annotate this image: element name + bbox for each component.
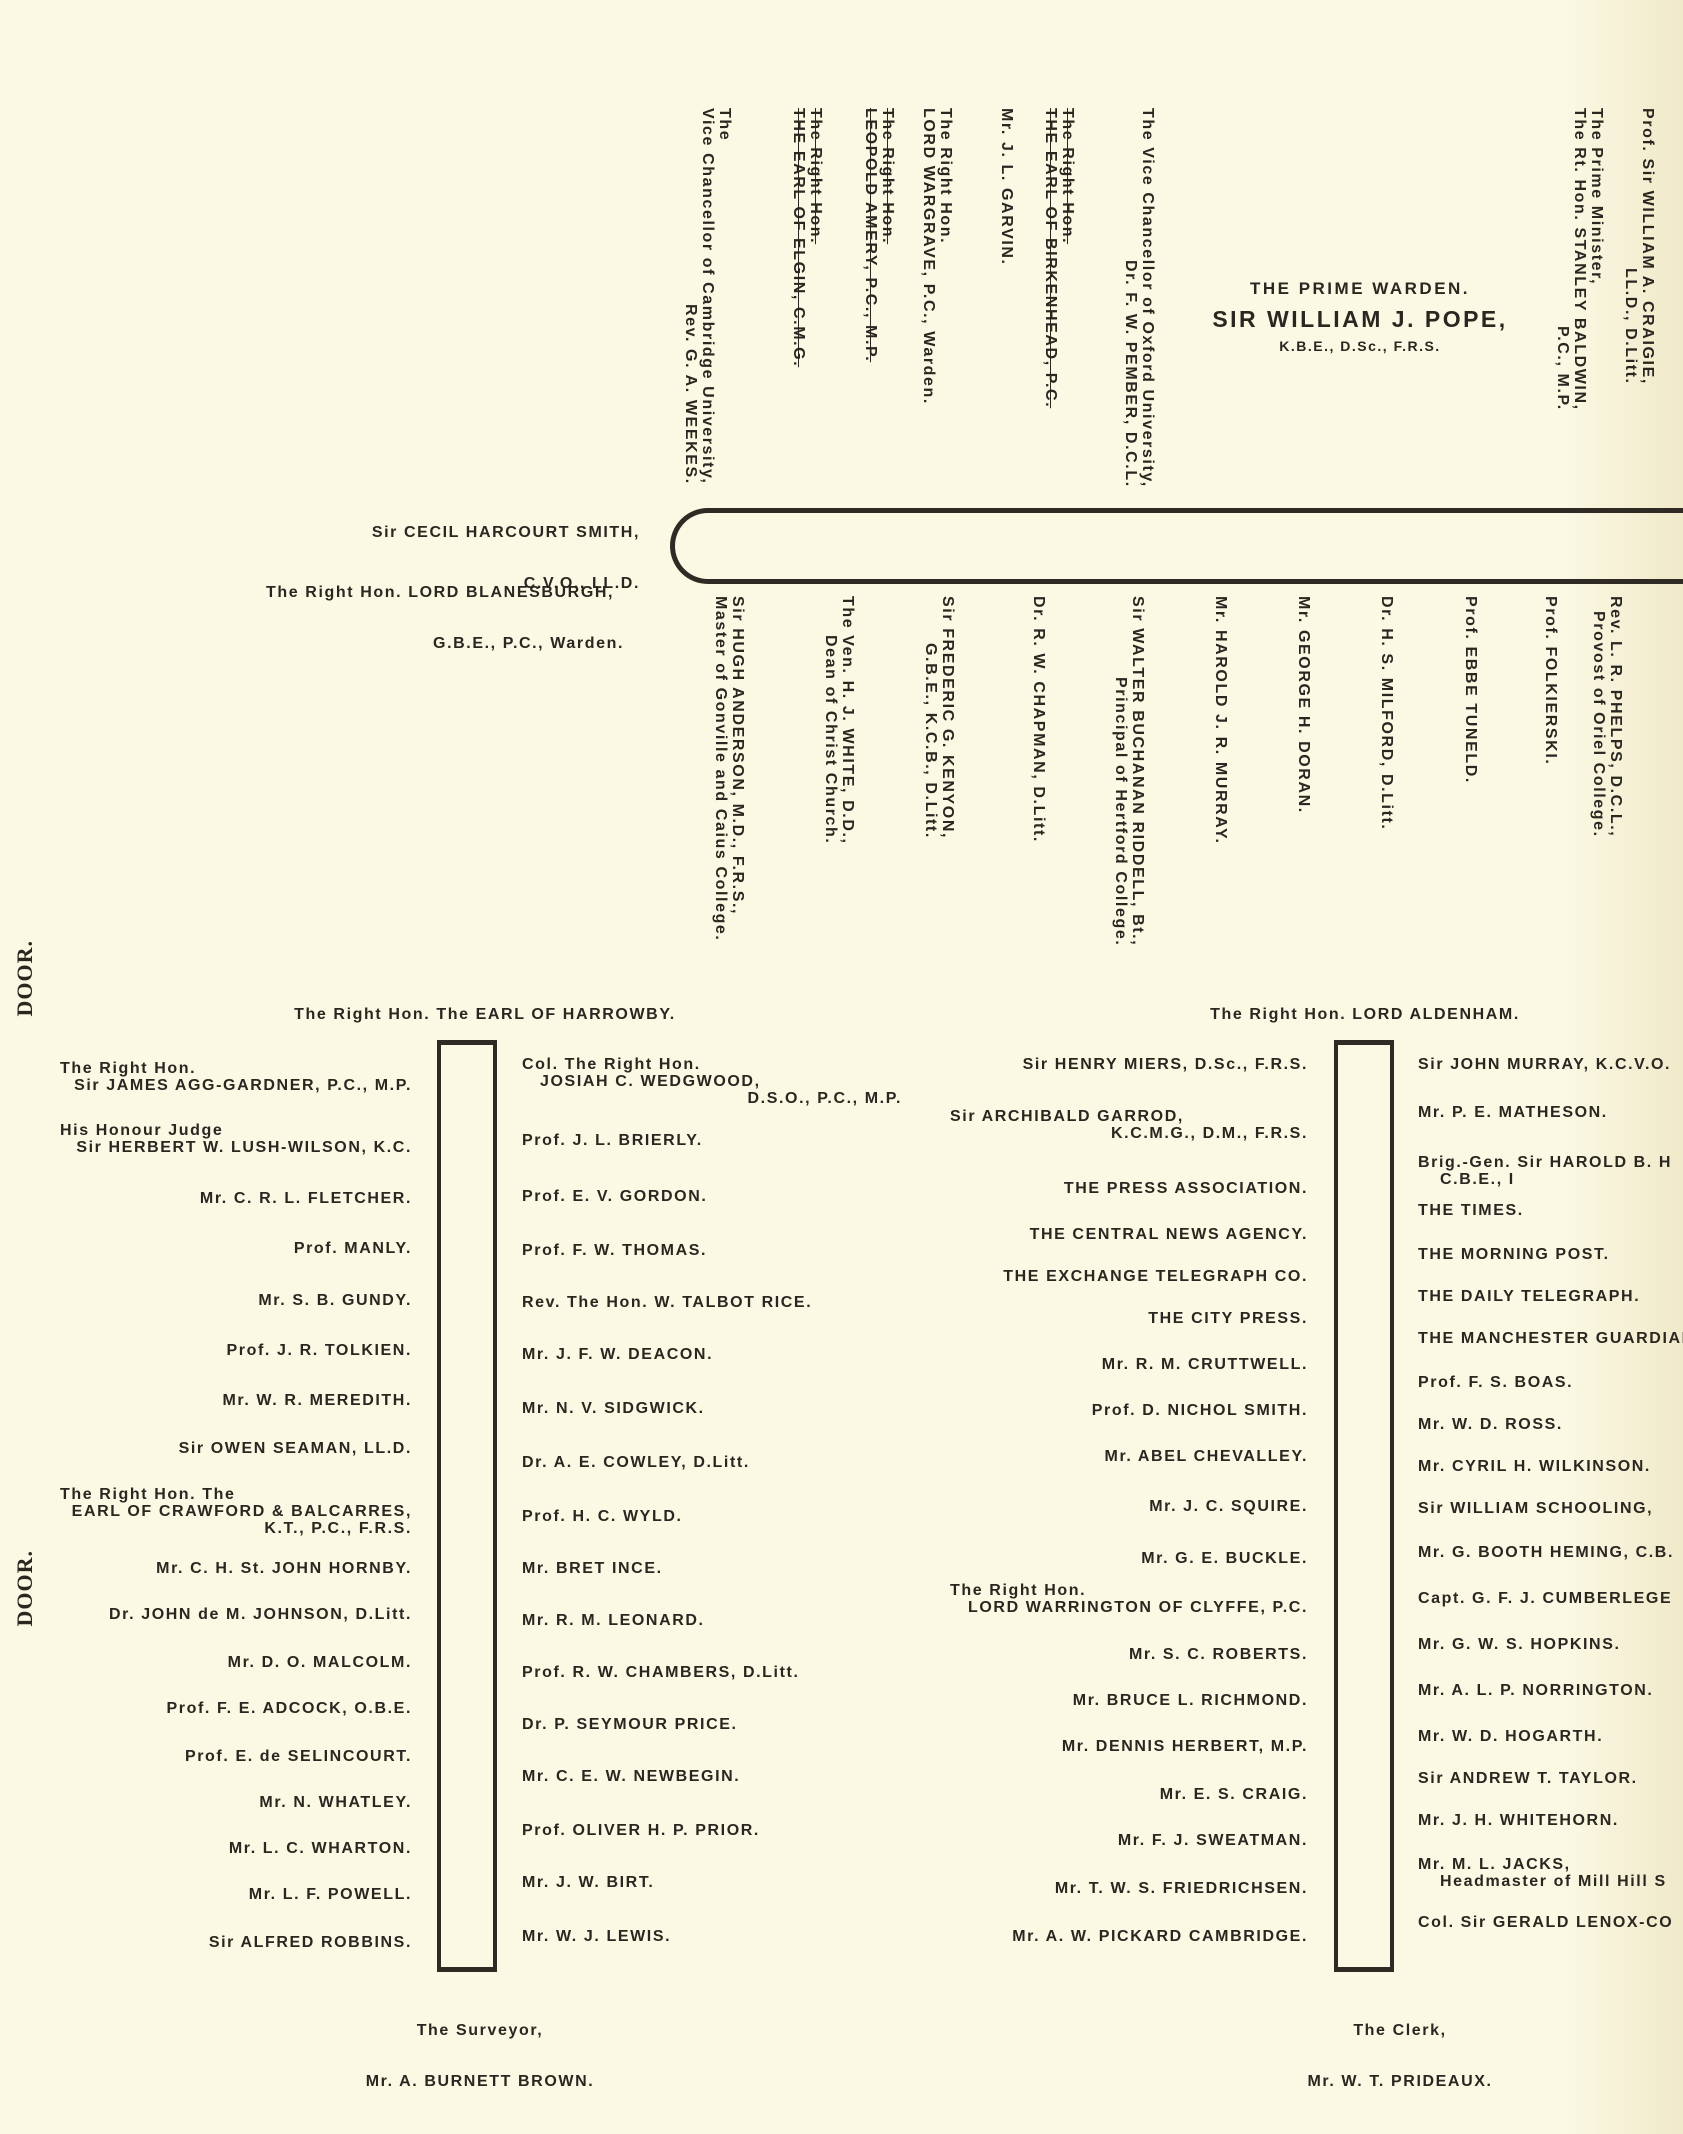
seat-name-line: Mr. E. S. CRAIG.: [910, 1786, 1308, 1803]
seat-entry: Mr. C. H. St. JOHN HORNBY.: [20, 1560, 412, 1577]
seat-name-line: The Prime Minister,: [1588, 108, 1605, 411]
lower-seat-entry: Sir WALTER BUCHANAN RIDDELL, Bt.,Princip…: [1112, 596, 1146, 946]
seat-name-line: The Right Hon.: [910, 1582, 1308, 1599]
seat-entry: Mr. S. C. ROBERTS.: [910, 1646, 1308, 1663]
seat-name-line: Headmaster of Mill Hill S: [1418, 1873, 1683, 1890]
seat-entry: Prof. F. E. ADCOCK, O.B.E.: [20, 1700, 412, 1717]
seat-entry: Mr. P. E. MATHESON.: [1418, 1104, 1683, 1121]
seat-name-line: Sir WILLIAM SCHOOLING,: [1418, 1500, 1683, 1517]
upper-seat-entry: The Right Hon.THE EARL OF BIRKENHEAD, P.…: [1042, 108, 1076, 408]
seat-name-line: THE PRESS ASSOCIATION.: [910, 1180, 1308, 1197]
seat-entry: Mr. N. V. SIDGWICK.: [522, 1400, 902, 1417]
seat-name-line: LORD WARRINGTON OF CLYFFE, P.C.: [910, 1599, 1308, 1616]
seat-name-line: Mr. GEORGE H. DORAN.: [1295, 596, 1312, 814]
seat-entry: Prof. H. C. WYLD.: [522, 1508, 902, 1525]
seat-name-line: Mr. L. F. POWELL.: [20, 1886, 412, 1903]
seat-name-line: Sir OWEN SEAMAN, LL.D.: [20, 1440, 412, 1457]
seat-name-line: Provost of Oriel College.: [1590, 596, 1607, 837]
seat-name-line: Mr. C. R. L. FLETCHER.: [20, 1190, 412, 1207]
seat-entry: Mr. C. R. L. FLETCHER.: [20, 1190, 412, 1207]
seat-name-line: Prof. F. E. ADCOCK, O.B.E.: [20, 1700, 412, 1717]
seat-name-line: Sir FREDERIC G. KENYON,: [939, 596, 956, 839]
seat-entry: Sir ANDREW T. TAYLOR.: [1418, 1770, 1683, 1787]
seat-name-line: D.S.O., P.C., M.P.: [522, 1090, 902, 1107]
seat-name-line: LEOPOLD AMERY, P.C., M.P.: [862, 108, 879, 362]
seat-entry: Sir ALFRED ROBBINS.: [20, 1934, 412, 1951]
seat-entry: Mr. L. F. POWELL.: [20, 1886, 412, 1903]
seat-entry: Sir ARCHIBALD GARROD,K.C.M.G., D.M., F.R…: [910, 1108, 1308, 1142]
left-table-head: The Right Hon. The EARL OF HARROWBY.: [250, 1006, 720, 1023]
seat-name-line: Prof. E. V. GORDON.: [522, 1188, 902, 1205]
seat-entry: His Honour JudgeSir HERBERT W. LUSH-WILS…: [20, 1122, 412, 1156]
seat-entry: Prof. OLIVER H. P. PRIOR.: [522, 1822, 902, 1839]
seat-name-line: Dr. R. W. CHAPMAN, D.Litt.: [1030, 596, 1047, 843]
left-table-foot: The Surveyor, Mr. A. BURNETT BROWN.: [270, 1988, 690, 2107]
seat-name-line: Mr. N. WHATLEY.: [20, 1794, 412, 1811]
seat-name-line: Dr. A. E. COWLEY, D.Litt.: [522, 1454, 902, 1471]
seat-name-line: Sir HENRY MIERS, D.Sc., F.R.S.: [910, 1056, 1308, 1073]
seat-name-line: Sir WALTER BUCHANAN RIDDELL, Bt.,: [1129, 596, 1146, 946]
seat-name-line: Mr. P. E. MATHESON.: [1418, 1104, 1683, 1121]
lower-seat-entry: Mr. HAROLD J. R. MURRAY.: [1212, 596, 1229, 845]
seat-name-line: K.C.M.G., D.M., F.R.S.: [910, 1125, 1308, 1142]
seat-entry: Mr. W. J. LEWIS.: [522, 1928, 902, 1945]
seat-name-line: Rev. L. R. PHELPS, D.C.L.,: [1607, 596, 1624, 837]
seat-entry: Prof. MANLY.: [20, 1240, 412, 1257]
seat-entry: The Right Hon.LORD WARRINGTON OF CLYFFE,…: [910, 1582, 1308, 1616]
seat-entry: Mr. L. C. WHARTON.: [20, 1840, 412, 1857]
seat-entry: Col. The Right Hon.JOSIAH C. WEDGWOOD,D.…: [522, 1056, 902, 1107]
right-table: [1334, 1040, 1394, 1972]
seat-name-line: THE CENTRAL NEWS AGENCY.: [910, 1226, 1308, 1243]
upper-seat-entry: The Right Hon.LEOPOLD AMERY, P.C., M.P.: [862, 108, 896, 362]
seat-name-line: THE CITY PRESS.: [910, 1310, 1308, 1327]
lower-seat-entry: Dr. H. S. MILFORD, D.Litt.: [1378, 596, 1395, 830]
seat-entry: Mr. R. M. LEONARD.: [522, 1612, 902, 1629]
seat-name-line: Prof. EBBE TUNELD.: [1462, 596, 1479, 784]
seat-entry: Mr. W. R. MEREDITH.: [20, 1392, 412, 1409]
seat-entry: Mr. G. BOOTH HEMING, C.B.: [1418, 1544, 1683, 1561]
seat-entry: Prof. E. de SELINCOURT.: [20, 1748, 412, 1765]
seat-entry: THE DAILY TELEGRAPH.: [1418, 1288, 1683, 1305]
seat-name-line: Brig.-Gen. Sir HAROLD B. H: [1418, 1154, 1683, 1171]
seat-name-line: Sir ALFRED ROBBINS.: [20, 1934, 412, 1951]
seat-name-line: THE MORNING POST.: [1418, 1246, 1683, 1263]
seat-name-line: THE EARL OF ELGIN, C.M.G.: [790, 108, 807, 367]
upper-seat-entry: The Right Hon.THE EARL OF ELGIN, C.M.G.: [790, 108, 824, 367]
seat-entry: THE MANCHESTER GUARDIAN: [1418, 1330, 1683, 1347]
seat-name-line: The Ven. H. J. WHITE, D.D.,: [839, 596, 856, 845]
seat-name-line: Dean of Christ Church.: [822, 596, 839, 845]
seat-name-line: Mr. A. L. P. NORRINGTON.: [1418, 1682, 1683, 1699]
seat-entry: Mr. F. J. SWEATMAN.: [910, 1832, 1308, 1849]
seat-entry: Mr. W. D. HOGARTH.: [1418, 1728, 1683, 1745]
seat-name-line: The: [716, 108, 733, 484]
seat-entry: THE CENTRAL NEWS AGENCY.: [910, 1226, 1308, 1243]
seat-name-line: Prof. E. de SELINCOURT.: [20, 1748, 412, 1765]
seat-entry: Mr. J. C. SQUIRE.: [910, 1498, 1308, 1515]
seat-entry: THE TIMES.: [1418, 1202, 1683, 1219]
seat-name-line: Mr. C. H. St. JOHN HORNBY.: [20, 1560, 412, 1577]
seat-name-line: THE EXCHANGE TELEGRAPH CO.: [910, 1268, 1308, 1285]
seat-entry: Mr. BRET INCE.: [522, 1560, 902, 1577]
seat-name-line: THE DAILY TELEGRAPH.: [1418, 1288, 1683, 1305]
seat-name-line: THE TIMES.: [1418, 1202, 1683, 1219]
seat-name-line: Rev. The Hon. W. TALBOT RICE.: [522, 1294, 902, 1311]
seat-name-line: P.C., M.P.: [1554, 108, 1571, 411]
seat-name-line: G.B.E., K.C.B., D.Litt.: [922, 596, 939, 839]
seat-name-line: Dr. P. SEYMOUR PRICE.: [522, 1716, 902, 1733]
seat-entry: Mr. BRUCE L. RICHMOND.: [910, 1692, 1308, 1709]
seat-name-line: Sir HERBERT W. LUSH-WILSON, K.C.: [20, 1139, 412, 1156]
seat-name-line: Mr. W. D. HOGARTH.: [1418, 1728, 1683, 1745]
seat-name-line: Dr. H. S. MILFORD, D.Litt.: [1378, 596, 1395, 830]
seat-name-line: Mr. D. O. MALCOLM.: [20, 1654, 412, 1671]
upper-seat-entry: Prof. Sir WILLIAM A. CRAIGIE,LL.D., D.Li…: [1622, 108, 1656, 385]
seat-entry: THE EXCHANGE TELEGRAPH CO.: [910, 1268, 1308, 1285]
lower-seat-entry: Prof. FOLKIERSKI.: [1542, 596, 1559, 765]
seat-name-line: Prof. OLIVER H. P. PRIOR.: [522, 1822, 902, 1839]
lower-seat-entry: Prof. EBBE TUNELD.: [1462, 596, 1479, 784]
seat-entry: Col. Sir GERALD LENOX-CO: [1418, 1914, 1683, 1931]
seat-name-line: JOSIAH C. WEDGWOOD,: [522, 1073, 902, 1090]
lower-seat-entry: The Ven. H. J. WHITE, D.D.,Dean of Chris…: [822, 596, 856, 845]
seat-entry: Dr. JOHN de M. JOHNSON, D.Litt.: [20, 1606, 412, 1623]
seat-name-line: LORD WARGRAVE, P.C., Warden.: [920, 108, 937, 405]
seat-name-line: Mr. W. R. MEREDITH.: [20, 1392, 412, 1409]
seat-name-line: His Honour Judge: [20, 1122, 412, 1139]
seat-name-line: Mr. G. E. BUCKLE.: [910, 1550, 1308, 1567]
seat-entry: Prof. E. V. GORDON.: [522, 1188, 902, 1205]
lower-seat-entry: Sir HUGH ANDERSON, M.D., F.R.S.,Master o…: [712, 596, 746, 941]
seat-entry: Mr. J. F. W. DEACON.: [522, 1346, 902, 1363]
upper-seat-entry: Mr. J. L. GARVIN.: [998, 108, 1015, 266]
seat-entry: Sir WILLIAM SCHOOLING,: [1418, 1500, 1683, 1517]
seat-name-line: The Vice Chancellor of Oxford University…: [1139, 108, 1156, 488]
seat-name-line: Mr. A. W. PICKARD CAMBRIDGE.: [910, 1928, 1308, 1945]
seat-entry: Prof. F. W. THOMAS.: [522, 1242, 902, 1259]
seat-entry: The Right Hon.Sir JAMES AGG-GARDNER, P.C…: [20, 1060, 412, 1094]
seat-name-line: Master of Gonville and Caius College.: [712, 596, 729, 941]
seat-name-line: Sir ARCHIBALD GARROD,: [910, 1108, 1308, 1125]
seat-entry: Sir OWEN SEAMAN, LL.D.: [20, 1440, 412, 1457]
seat-name-line: The Right Hon.: [879, 108, 896, 362]
seat-entry: Mr. W. D. ROSS.: [1418, 1416, 1683, 1433]
seat-name-line: THE EARL OF BIRKENHEAD, P.C.: [1042, 108, 1059, 408]
seat-entry: Sir JOHN MURRAY, K.C.V.O.: [1418, 1056, 1683, 1073]
seat-name-line: Mr. ABEL CHEVALLEY.: [910, 1448, 1308, 1465]
seat-name-line: Sir JOHN MURRAY, K.C.V.O.: [1418, 1056, 1683, 1073]
seat-entry: Prof. D. NICHOL SMITH.: [910, 1402, 1308, 1419]
seat-name-line: Principal of Hertford College.: [1112, 596, 1129, 946]
seat-name-line: Mr. S. B. GUNDY.: [20, 1292, 412, 1309]
seat-entry: Mr. E. S. CRAIG.: [910, 1786, 1308, 1803]
seat-name-line: Capt. G. F. J. CUMBERLEGE: [1418, 1590, 1683, 1607]
seat-name-line: Mr. J. W. BIRT.: [522, 1874, 902, 1891]
seat-entry: Rev. The Hon. W. TALBOT RICE.: [522, 1294, 902, 1311]
seat-name-line: Mr. J. L. GARVIN.: [998, 108, 1015, 266]
seat-name-line: Mr. BRET INCE.: [522, 1560, 902, 1577]
seat-entry: Mr. N. WHATLEY.: [20, 1794, 412, 1811]
seat-name-line: Mr. J. C. SQUIRE.: [910, 1498, 1308, 1515]
seat-entry: Dr. A. E. COWLEY, D.Litt.: [522, 1454, 902, 1471]
seat-name-line: Mr. C. E. W. NEWBEGIN.: [522, 1768, 902, 1785]
seat-name-line: C.B.E., I: [1418, 1171, 1683, 1188]
lower-seat-entry: Dr. R. W. CHAPMAN, D.Litt.: [1030, 596, 1047, 843]
seat-entry: Sir HENRY MIERS, D.Sc., F.R.S.: [910, 1056, 1308, 1073]
seat-name-line: The Right Hon.: [1059, 108, 1076, 408]
seat-name-line: The Rt. Hon. STANLEY BALDWIN,: [1571, 108, 1588, 411]
seat-name-line: Prof. Sir WILLIAM A. CRAIGIE,: [1639, 108, 1656, 385]
seat-entry: Mr. C. E. W. NEWBEGIN.: [522, 1768, 902, 1785]
seat-entry: Capt. G. F. J. CUMBERLEGE: [1418, 1590, 1683, 1607]
seat-name-line: Mr. W. D. ROSS.: [1418, 1416, 1683, 1433]
seat-name-line: Col. The Right Hon.: [522, 1056, 902, 1073]
seat-entry: Brig.-Gen. Sir HAROLD B. HC.B.E., I: [1418, 1154, 1683, 1188]
seat-name-line: Prof. J. L. BRIERLY.: [522, 1132, 902, 1149]
seat-name-line: Mr. F. J. SWEATMAN.: [910, 1832, 1308, 1849]
seat-entry: Mr. A. L. P. NORRINGTON.: [1418, 1682, 1683, 1699]
upper-seat-entry: The Right Hon.LORD WARGRAVE, P.C., Warde…: [920, 108, 954, 405]
seat-name-line: Mr. HAROLD J. R. MURRAY.: [1212, 596, 1229, 845]
seat-name-line: Prof. R. W. CHAMBERS, D.Litt.: [522, 1664, 902, 1681]
prime-warden-honours: K.B.E., D.Sc., F.R.S.: [1180, 338, 1540, 355]
seat-entry: Prof. F. S. BOAS.: [1418, 1374, 1683, 1391]
upper-seat-entry: TheVice Chancellor of Cambridge Universi…: [682, 108, 733, 484]
seat-name-line: THE MANCHESTER GUARDIAN: [1418, 1330, 1683, 1347]
seat-name-line: Sir ANDREW T. TAYLOR.: [1418, 1770, 1683, 1787]
seat-entry: Mr. D. O. MALCOLM.: [20, 1654, 412, 1671]
upper-seat-entry: The Prime Minister,The Rt. Hon. STANLEY …: [1554, 108, 1605, 411]
seat-name-line: Prof. MANLY.: [20, 1240, 412, 1257]
seat-name-line: Prof. H. C. WYLD.: [522, 1508, 902, 1525]
seat-name-line: Mr. S. C. ROBERTS.: [910, 1646, 1308, 1663]
lower-seat-entry: Rev. L. R. PHELPS, D.C.L.,Provost of Ori…: [1590, 596, 1624, 837]
seat-entry: Mr. R. M. CRUTTWELL.: [910, 1356, 1308, 1373]
seat-name-line: The Right Hon.: [807, 108, 824, 367]
seat-name-line: The Right Hon. The: [20, 1486, 412, 1503]
seat-name-line: Mr. R. M. LEONARD.: [522, 1612, 902, 1629]
seat-name-line: Mr. J. H. WHITEHORN.: [1418, 1812, 1683, 1829]
seat-entry: THE CITY PRESS.: [910, 1310, 1308, 1327]
seat-name-line: Mr. R. M. CRUTTWELL.: [910, 1356, 1308, 1373]
seat-name-line: Mr. G. W. S. HOPKINS.: [1418, 1636, 1683, 1653]
seat-entry: THE MORNING POST.: [1418, 1246, 1683, 1263]
seat-name-line: EARL OF CRAWFORD & BALCARRES,: [20, 1503, 412, 1520]
seat-entry: Mr. DENNIS HERBERT, M.P.: [910, 1738, 1308, 1755]
seat-name-line: Mr. G. BOOTH HEMING, C.B.: [1418, 1544, 1683, 1561]
seat-entry: Mr. J. H. WHITEHORN.: [1418, 1812, 1683, 1829]
seat-name-line: K.T., P.C., F.R.S.: [20, 1520, 412, 1537]
seat-name-line: Mr. T. W. S. FRIEDRICHSEN.: [910, 1880, 1308, 1897]
seat-name-line: Mr. W. J. LEWIS.: [522, 1928, 902, 1945]
seat-name-line: LL.D., D.Litt.: [1622, 108, 1639, 385]
table-end-guest: The Right Hon. LORD BLANESBURGH, G.B.E.,…: [240, 550, 640, 669]
seat-name-line: The Right Hon.: [20, 1060, 412, 1077]
seat-entry: Dr. P. SEYMOUR PRICE.: [522, 1716, 902, 1733]
seat-entry: Mr. G. W. S. HOPKINS.: [1418, 1636, 1683, 1653]
seat-name-line: Prof. F. S. BOAS.: [1418, 1374, 1683, 1391]
seat-entry: Mr. S. B. GUNDY.: [20, 1292, 412, 1309]
seat-entry: Prof. J. R. TOLKIEN.: [20, 1342, 412, 1359]
right-table-foot: The Clerk, Mr. W. T. PRIDEAUX.: [1200, 1988, 1600, 2107]
seat-name-line: Dr. F. W. PEMBER, D.C.L.: [1122, 108, 1139, 488]
seat-entry: Mr. J. W. BIRT.: [522, 1874, 902, 1891]
door-label: DOOR.: [12, 940, 38, 1017]
prime-warden-title: THE PRIME WARDEN.: [1180, 280, 1540, 297]
seat-name-line: Prof. D. NICHOL SMITH.: [910, 1402, 1308, 1419]
seat-name-line: Mr. CYRIL H. WILKINSON.: [1418, 1458, 1683, 1475]
seat-name-line: Mr. L. C. WHARTON.: [20, 1840, 412, 1857]
seat-name-line: Mr. M. L. JACKS,: [1418, 1856, 1683, 1873]
right-table-head: The Right Hon. LORD ALDENHAM.: [1160, 1006, 1570, 1023]
upper-seat-entry: The Vice Chancellor of Oxford University…: [1122, 108, 1156, 488]
prime-warden-name: SIR WILLIAM J. POPE,: [1180, 306, 1540, 332]
seat-entry: Mr. A. W. PICKARD CAMBRIDGE.: [910, 1928, 1308, 1945]
seat-entry: Mr. G. E. BUCKLE.: [910, 1550, 1308, 1567]
seat-name-line: Mr. J. F. W. DEACON.: [522, 1346, 902, 1363]
seat-entry: Mr. CYRIL H. WILKINSON.: [1418, 1458, 1683, 1475]
high-table: [670, 508, 1683, 584]
lower-seat-entry: Sir FREDERIC G. KENYON,G.B.E., K.C.B., D…: [922, 596, 956, 839]
seat-name-line: Vice Chancellor of Cambridge University,: [699, 108, 716, 484]
seat-name-line: Sir HUGH ANDERSON, M.D., F.R.S.,: [729, 596, 746, 941]
seat-name-line: Dr. JOHN de M. JOHNSON, D.Litt.: [20, 1606, 412, 1623]
seat-name-line: Prof. FOLKIERSKI.: [1542, 596, 1559, 765]
seat-name-line: Prof. J. R. TOLKIEN.: [20, 1342, 412, 1359]
seat-name-line: Mr. DENNIS HERBERT, M.P.: [910, 1738, 1308, 1755]
seat-name-line: Sir JAMES AGG-GARDNER, P.C., M.P.: [20, 1077, 412, 1094]
seat-name-line: Col. Sir GERALD LENOX-CO: [1418, 1914, 1683, 1931]
seat-name-line: Prof. F. W. THOMAS.: [522, 1242, 902, 1259]
seat-name-line: The Right Hon.: [937, 108, 954, 405]
left-table: [437, 1040, 497, 1972]
seat-entry: The Right Hon. TheEARL OF CRAWFORD & BAL…: [20, 1486, 412, 1537]
seat-entry: Prof. J. L. BRIERLY.: [522, 1132, 902, 1149]
seat-entry: THE PRESS ASSOCIATION.: [910, 1180, 1308, 1197]
seat-name-line: Rev. G. A. WEEKES.: [682, 108, 699, 484]
seat-name-line: Mr. N. V. SIDGWICK.: [522, 1400, 902, 1417]
seat-entry: Mr. M. L. JACKS,Headmaster of Mill Hill …: [1418, 1856, 1683, 1890]
seat-name-line: Mr. BRUCE L. RICHMOND.: [910, 1692, 1308, 1709]
seat-entry: Mr. ABEL CHEVALLEY.: [910, 1448, 1308, 1465]
seat-entry: Prof. R. W. CHAMBERS, D.Litt.: [522, 1664, 902, 1681]
lower-seat-entry: Mr. GEORGE H. DORAN.: [1295, 596, 1312, 814]
seat-entry: Mr. T. W. S. FRIEDRICHSEN.: [910, 1880, 1308, 1897]
